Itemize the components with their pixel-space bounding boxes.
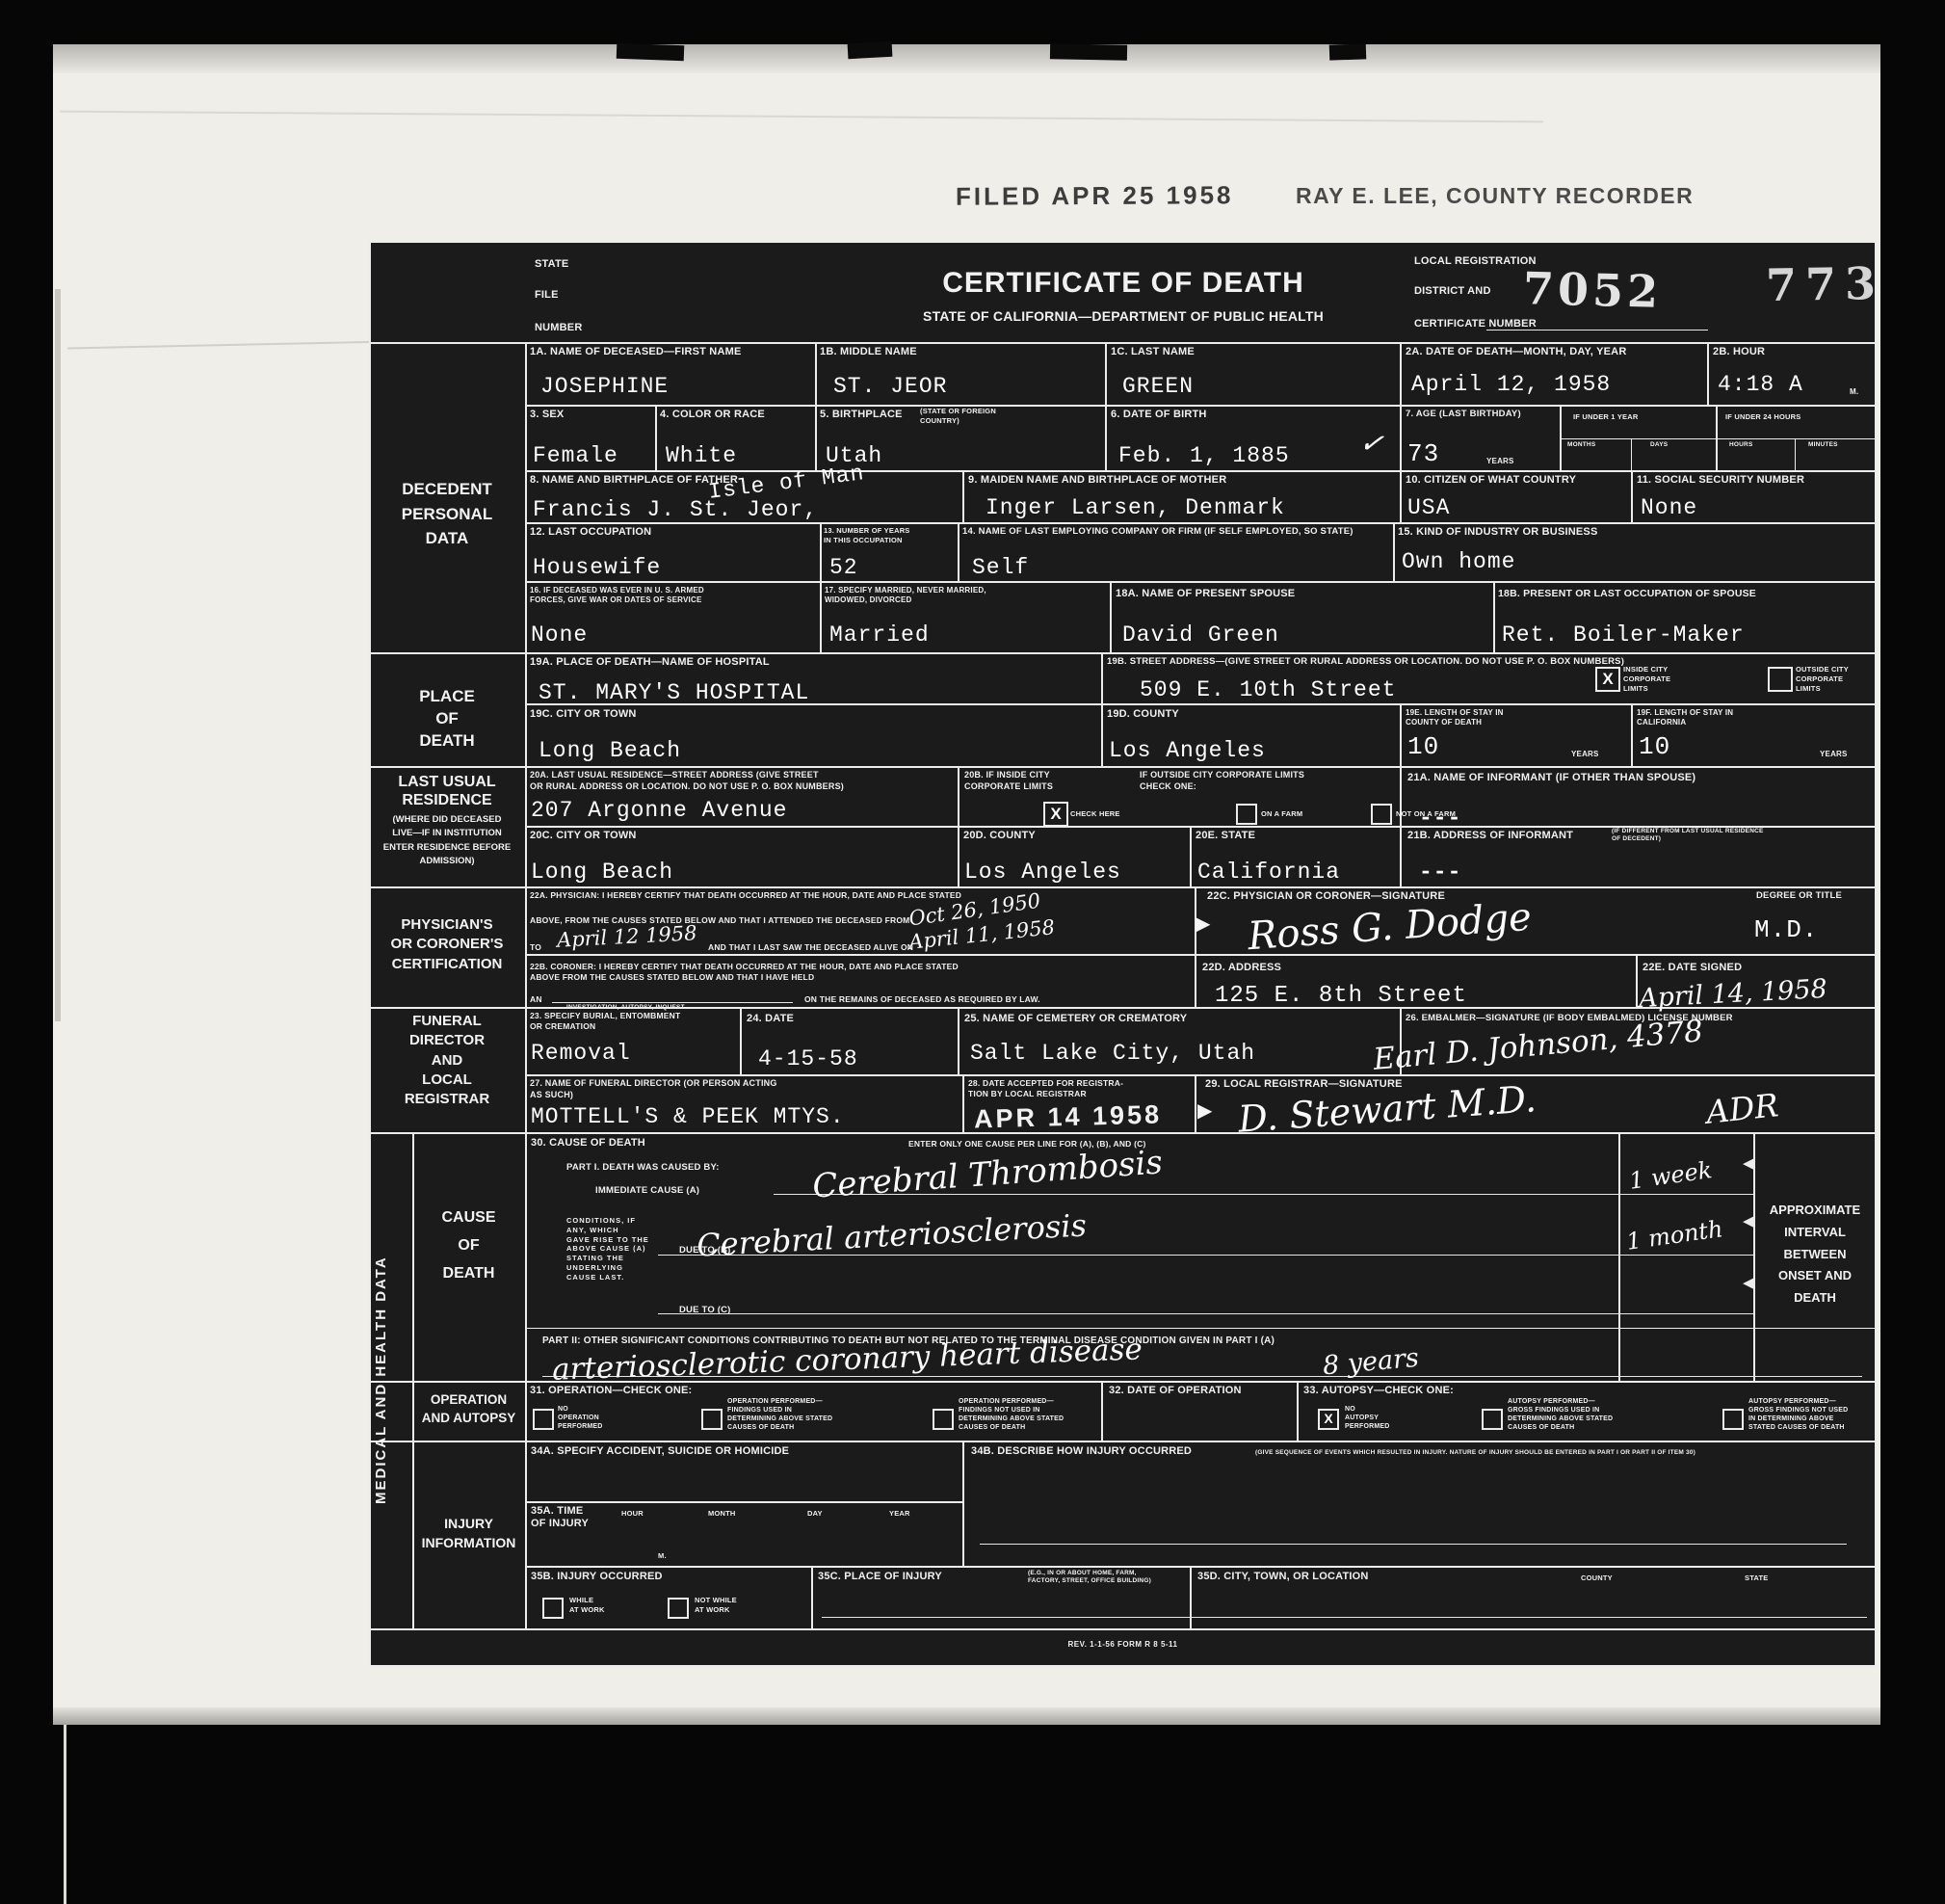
field-19e-years: YEARS	[1571, 750, 1599, 759]
degree-or-title-label: DEGREE OR TITLE	[1756, 890, 1842, 901]
conditions-note: CONDITIONS, IF ANY, WHICH GAVE RISE TO T…	[566, 1216, 649, 1282]
field-1a-value: JOSEPHINE	[540, 376, 669, 398]
divider	[1486, 330, 1708, 331]
field-32-label: 32. DATE OF OPERATION	[1109, 1385, 1242, 1397]
outside-city-limits-label: OUTSIDE CITY CORPORATE LIMITS	[1796, 665, 1849, 693]
outside-limits-check-one-label: IF OUTSIDE CITY CORPORATE LIMITS CHECK O…	[1140, 770, 1304, 792]
field-22e-label: 22E. DATE SIGNED	[1643, 962, 1742, 974]
field-5-label: 5. BIRTHPLACE	[820, 409, 903, 421]
field-1b-value: ST. JEOR	[833, 376, 947, 398]
divider	[958, 1007, 959, 1074]
field-20d-value: Los Angeles	[964, 861, 1121, 884]
field-35a-label: 35A. TIME OF INJURY	[531, 1505, 589, 1530]
interval-chevron-icon: ◀	[1743, 1274, 1754, 1292]
field-13-value: 52	[829, 557, 858, 579]
divider	[811, 1566, 813, 1628]
embalmer-signature: Earl D. Johnson, 4378	[1372, 1017, 1704, 1075]
paper-bottom-shade	[53, 1707, 1880, 1725]
field-27-value: MOTTELL'S & PEEK MTYS.	[531, 1106, 845, 1128]
state-file-label-2: FILE	[535, 289, 559, 302]
inside-city-limits-label: INSIDE CITY CORPORATE LIMITS	[1623, 665, 1670, 693]
paper-torn-edge	[53, 44, 1880, 73]
divider	[958, 826, 959, 886]
field-19c-value: Long Beach	[539, 740, 681, 762]
field-1c-label: 1C. LAST NAME	[1111, 346, 1195, 358]
part1-label: PART I. DEATH WAS CAUSED BY:	[566, 1162, 720, 1173]
degree-or-title-value: M.D.	[1754, 917, 1818, 942]
field-20e-label: 20E. STATE	[1196, 830, 1255, 842]
not-on-a-farm-checkbox	[1371, 804, 1392, 825]
field-6-label: 6. DATE OF BIRTH	[1111, 409, 1207, 421]
field-2b-value: 4:18 A	[1718, 374, 1803, 396]
divider	[1195, 886, 1196, 1007]
field-21b-label: 21B. ADDRESS OF INFORMANT	[1407, 830, 1573, 842]
divider	[369, 652, 1877, 654]
divider	[1190, 826, 1192, 886]
paper-tear	[1050, 43, 1127, 60]
paper-tear	[617, 43, 685, 61]
divider	[1631, 470, 1633, 522]
divider	[658, 1313, 1618, 1314]
field-35b-label: 35B. INJURY OCCURRED	[531, 1571, 663, 1583]
field-19f-value: 10	[1639, 734, 1670, 759]
approx-interval-label: APPROXIMATE INTERVAL BETWEEN ONSET AND D…	[1756, 1200, 1874, 1309]
divider	[1297, 1381, 1299, 1441]
field-30-label: 30. CAUSE OF DEATH	[531, 1137, 645, 1150]
divider	[1795, 438, 1796, 470]
divider	[962, 470, 964, 522]
state-file-label-1: STATE	[535, 258, 568, 271]
immediate-cause-label: IMMEDIATE CAUSE (A)	[595, 1185, 699, 1196]
divider	[369, 1628, 1877, 1630]
field-19b-label: 19B. STREET ADDRESS—(GIVE STREET OR RURA…	[1107, 656, 1624, 667]
divider	[1393, 522, 1395, 581]
field-34b-label: 34B. DESCRIBE HOW INJURY OCCURRED	[971, 1445, 1192, 1458]
field-19c-label: 19C. CITY OR TOWN	[530, 708, 637, 721]
divider	[655, 405, 657, 470]
field-18b-value: Ret. Boiler-Maker	[1502, 624, 1745, 647]
field-35d-state: STATE	[1745, 1573, 1768, 1583]
part2-interval: 8 years	[1322, 1345, 1420, 1380]
divider	[820, 581, 822, 652]
field-10-label: 10. CITIZEN OF WHAT COUNTRY	[1406, 474, 1576, 487]
check-here-label: CHECK HERE	[1070, 809, 1120, 819]
field-12-value: Housewife	[533, 557, 661, 579]
field-35d-label: 35D. CITY, TOWN, OR LOCATION	[1197, 1571, 1369, 1583]
field-35a-day: DAY	[807, 1509, 823, 1519]
divider	[525, 470, 1877, 472]
field-20d-label: 20D. COUNTY	[963, 830, 1036, 842]
field-22b-remains-label: ON THE REMAINS OF DECEASED AS REQUIRED B…	[804, 994, 1040, 1005]
field-21a-value: ---	[1419, 807, 1461, 830]
paper-fold-line	[64, 1725, 66, 1904]
no-autopsy-label: NO AUTOPSY PERFORMED	[1345, 1405, 1390, 1431]
divider	[1195, 1074, 1196, 1132]
field-22a-to-label: TO	[530, 942, 541, 953]
divider	[369, 342, 1877, 344]
field-19d-label: 19D. COUNTY	[1107, 708, 1179, 721]
section-cause-of-death: CAUSE OF DEATH	[412, 1204, 525, 1287]
field-11-label: 11. SOCIAL SECURITY NUMBER	[1637, 474, 1804, 487]
field-1a-label: 1A. NAME OF DECEASED—FIRST NAME	[530, 346, 742, 358]
field-22a-cert-line1: 22A. PHYSICIAN: I HEREBY CERTIFY THAT DE…	[530, 890, 1195, 901]
section-operation-autopsy: OPERATION AND AUTOPSY	[412, 1391, 525, 1428]
physician-signature: Ross G. Dodge	[1247, 898, 1533, 956]
section-injury-information: INJURY INFORMATION	[412, 1515, 525, 1552]
field-9-value: Inger Larsen, Denmark	[986, 497, 1285, 519]
section-funeral-director: FUNERAL DIRECTOR AND LOCAL REGISTRAR	[369, 1012, 525, 1109]
divider	[525, 342, 527, 1628]
divider	[1560, 405, 1562, 470]
field-20c-value: Long Beach	[531, 861, 673, 884]
form-revision-note: REV. 1-1-56 FORM R 8 5-11	[369, 1640, 1877, 1650]
divider	[1190, 1566, 1192, 1628]
divider	[958, 522, 959, 581]
while-at-work-label: WHILE AT WORK	[569, 1596, 605, 1615]
certificate-number-stamp: 773	[1766, 257, 1885, 311]
field-7-years-label: YEARS	[1486, 457, 1514, 466]
cause-b-interval: 1 month	[1625, 1217, 1724, 1254]
divider	[525, 522, 1877, 524]
divider	[1707, 342, 1709, 405]
section-physician-certification: PHYSICIAN'S OR CORONER'S CERTIFICATION	[369, 915, 525, 974]
divider	[1618, 1194, 1753, 1195]
field-3-value: Female	[533, 445, 618, 467]
divider	[820, 522, 822, 581]
operation-findings-used-checkbox	[701, 1409, 723, 1430]
interval-chevron-icon: ◀	[1743, 1154, 1754, 1173]
field-35a-hour: HOUR	[621, 1509, 644, 1519]
divider	[962, 1074, 964, 1132]
divider	[1400, 342, 1402, 405]
while-at-work-checkbox	[542, 1598, 564, 1619]
divider	[1105, 342, 1107, 405]
field-15-label: 15. KIND OF INDUSTRY OR BUSINESS	[1398, 526, 1598, 539]
field-2a-value: April 12, 1958	[1411, 374, 1611, 396]
field-20a-value: 207 Argonne Avenue	[531, 800, 787, 822]
divider	[369, 241, 1877, 243]
field-16-value: None	[531, 624, 588, 647]
divider	[822, 1617, 1867, 1618]
field-22b-an-label: AN	[530, 994, 542, 1005]
field-22b-cert-text: 22B. CORONER: I HEREBY CERTIFY THAT DEAT…	[530, 962, 1108, 983]
divider	[1101, 703, 1103, 766]
divider	[1631, 438, 1632, 470]
field-35d-county: COUNTY	[1581, 1573, 1613, 1583]
field-11-value: None	[1641, 497, 1697, 519]
field-21b-sublabel: (IF DIFFERENT FROM LAST USUAL RESIDENCE …	[1612, 828, 1764, 844]
field-24-label: 24. DATE	[747, 1013, 794, 1025]
field-35c-note: (E.G., IN OR ABOUT HOME, FARM, FACTORY, …	[1028, 1570, 1151, 1586]
divider	[1400, 470, 1402, 522]
field-16-label: 16. IF DECEASED WAS EVER IN U. S. ARMED …	[530, 586, 704, 605]
field-19e-value: 10	[1407, 734, 1439, 759]
filed-stamp: FILED APR 25 1958	[956, 180, 1234, 212]
field-18a-value: David Green	[1122, 624, 1279, 647]
paper-edge-streak	[55, 289, 61, 1021]
field-21a-label: 21A. NAME OF INFORMANT (IF OTHER THAN SP…	[1407, 772, 1695, 784]
divider	[369, 1441, 1877, 1442]
divider	[552, 1002, 793, 1003]
divider	[525, 1328, 1877, 1329]
field-18b-label: 18B. PRESENT OR LAST OCCUPATION OF SPOUS…	[1498, 588, 1756, 600]
field-6-value: Feb. 1, 1885	[1118, 445, 1290, 467]
cause-a-interval: 1 week	[1628, 1158, 1714, 1193]
field-19a-value: ST. MARY'S HOSPITAL	[539, 682, 809, 704]
field-19f-label: 19F. LENGTH OF STAY IN CALIFORNIA	[1637, 708, 1733, 727]
field-15-value: Own home	[1402, 551, 1515, 573]
field-20b-label: 20B. IF INSIDE CITY CORPORATE LIMITS	[964, 770, 1053, 792]
divider	[1101, 652, 1103, 703]
not-while-at-work-checkbox	[668, 1598, 689, 1619]
field-19a-label: 19A. PLACE OF DEATH—NAME OF HOSPITAL	[530, 656, 770, 669]
on-a-farm-label: ON A FARM	[1261, 809, 1302, 819]
field-35c-label: 35C. PLACE OF INJURY	[818, 1571, 942, 1583]
form-subtitle: STATE OF CALIFORNIA—DEPARTMENT OF PUBLIC…	[822, 308, 1425, 325]
field-19e-label: 19E. LENGTH OF STAY IN COUNTY OF DEATH	[1406, 708, 1504, 727]
field-21b-value: ---	[1419, 861, 1461, 884]
field-2b-meridiem: M.	[1850, 387, 1858, 397]
no-operation-label: NO OPERATION PERFORMED	[558, 1405, 603, 1431]
no-operation-checkbox	[533, 1409, 554, 1430]
signature-arrow-icon: ▶	[1196, 912, 1210, 936]
field-35a-month: MONTH	[708, 1509, 736, 1519]
field-22c-label: 22C. PHYSICIAN OR CORONER—SIGNATURE	[1207, 890, 1445, 903]
section-place-of-death: PLACE OF DEATH	[369, 686, 525, 753]
divider	[962, 1441, 964, 1566]
field-34b-note: (GIVE SEQUENCE OF EVENTS WHICH RESULTED …	[1255, 1449, 1862, 1457]
field-7-minutes-label: MINUTES	[1808, 441, 1838, 449]
field-1b-label: 1B. MIDDLE NAME	[820, 346, 917, 358]
divider	[369, 1665, 1877, 1667]
divider	[1101, 1381, 1103, 1441]
divider	[1105, 405, 1107, 470]
district-number-stamp: 7052	[1522, 262, 1662, 318]
form-title: CERTIFICATE OF DEATH	[851, 266, 1396, 301]
divider	[1400, 826, 1402, 886]
field-35a-year: YEAR	[889, 1509, 910, 1519]
field-17-label: 17. SPECIFY MARRIED, NEVER MARRIED, WIDO…	[825, 586, 986, 605]
field-22d-label: 22D. ADDRESS	[1202, 962, 1281, 974]
field-31-label: 31. OPERATION—CHECK ONE:	[530, 1385, 692, 1397]
field-12-label: 12. LAST OCCUPATION	[530, 526, 651, 539]
field-8-value: Francis J. St. Jeor,	[533, 499, 818, 521]
field-19f-years: YEARS	[1820, 750, 1848, 759]
field-20c-label: 20C. CITY OR TOWN	[530, 830, 637, 842]
divider	[1636, 954, 1638, 1007]
field-18a-label: 18A. NAME OF PRESENT SPOUSE	[1116, 588, 1295, 600]
state-file-label-3: NUMBER	[535, 322, 582, 334]
field-17-value: Married	[829, 624, 930, 647]
divider	[525, 954, 1877, 956]
no-autopsy-checkbox: X	[1318, 1409, 1339, 1430]
section-last-usual-residence: LAST USUAL RESIDENCE	[369, 773, 525, 809]
field-4-value: White	[666, 445, 737, 467]
field-14-label: 14. NAME OF LAST EMPLOYING COMPANY OR FI…	[962, 526, 1386, 537]
divider	[369, 766, 1877, 768]
field-19d-value: Los Angeles	[1109, 740, 1266, 762]
outside-city-limits-checkbox	[1768, 667, 1793, 692]
field-6-checkmark: ✓	[1357, 428, 1385, 460]
field-13-label: 13. NUMBER OF YEARS IN THIS OCCUPATION	[824, 526, 910, 545]
field-28-date-stamp: APR 14 1958	[974, 1098, 1163, 1134]
divider	[1400, 703, 1402, 766]
signature-arrow-icon: ▶	[1197, 1098, 1212, 1123]
divider	[815, 342, 817, 405]
field-23-value: Removal	[531, 1043, 631, 1065]
divider	[1400, 405, 1402, 470]
field-7-months-label: MONTHS	[1567, 441, 1595, 449]
divider	[525, 581, 1877, 583]
divider	[525, 1074, 1877, 1076]
field-7-days-label: DAYS	[1650, 441, 1668, 449]
local-registration-label-2: DISTRICT AND	[1414, 285, 1491, 298]
divider	[740, 1007, 742, 1074]
paper-tear	[848, 41, 893, 59]
field-22d-value: 125 E. 8th Street	[1215, 985, 1467, 1008]
field-25-value: Salt Lake City, Utah	[970, 1043, 1255, 1065]
interval-chevron-icon: ◀	[1743, 1212, 1754, 1230]
field-3-label: 3. SEX	[530, 409, 564, 421]
autopsy-findings-used-checkbox	[1482, 1409, 1503, 1430]
field-4-label: 4. COLOR OR RACE	[660, 409, 765, 421]
autopsy-findings-not-used-checkbox	[1722, 1409, 1744, 1430]
divider	[1631, 703, 1633, 766]
field-35a-m: M.	[658, 1551, 667, 1561]
inside-city-limits-checkbox: X	[1595, 667, 1620, 692]
divider	[369, 886, 1877, 888]
field-9-label: 9. MAIDEN NAME AND BIRTHPLACE OF MOTHER	[968, 474, 1226, 487]
field-23-label: 23. SPECIFY BURIAL, ENTOMBMENT OR CREMAT…	[530, 1011, 680, 1032]
field-25-label: 25. NAME OF CEMETERY OR CREMATORY	[964, 1013, 1187, 1025]
divider	[1110, 581, 1112, 652]
divider	[1716, 405, 1718, 470]
county-recorder-stamp: RAY E. LEE, COUNTY RECORDER	[1296, 183, 1694, 209]
field-1c-value: GREEN	[1122, 376, 1194, 398]
operation-findings-not-used-label: OPERATION PERFORMED— FINDINGS NOT USED I…	[959, 1397, 1064, 1432]
field-20e-value: California	[1197, 861, 1340, 884]
field-7-value: 73	[1407, 441, 1439, 466]
not-while-at-work-label: NOT WHILE AT WORK	[695, 1596, 737, 1615]
autopsy-findings-used-label: AUTOPSY PERFORMED— GROSS FINDINGS USED I…	[1508, 1397, 1613, 1432]
field-22a-alive-on-label: AND THAT I LAST SAW THE DECEASED ALIVE O…	[708, 942, 913, 953]
field-7-hours-label: HOURS	[1729, 441, 1752, 449]
field-22a-attended-to: April 12 1958	[557, 923, 698, 951]
field-27-label: 27. NAME OF FUNERAL DIRECTOR (OR PERSON …	[530, 1078, 777, 1100]
field-34a-label: 34A. SPECIFY ACCIDENT, SUICIDE OR HOMICI…	[531, 1445, 789, 1458]
cause-b-value: Cerebral arteriosclerosis	[696, 1209, 1087, 1260]
section-decedent-personal-data: DECEDENT PERSONAL DATA	[369, 477, 525, 551]
autopsy-findings-not-used-label: AUTOPSY PERFORMED— GROSS FINDINGS NOT US…	[1748, 1397, 1848, 1432]
field-5-sublabel: (STATE OR FOREIGN COUNTRY)	[920, 407, 996, 426]
divider	[369, 1132, 1877, 1134]
field-20a-label: 20A. LAST USUAL RESIDENCE—STREET ADDRESS…	[530, 770, 844, 792]
field-24-value: 4-15-58	[758, 1048, 858, 1071]
divider	[980, 1544, 1847, 1545]
check-here-checkbox: X	[1043, 802, 1068, 827]
operation-findings-used-label: OPERATION PERFORMED— FINDINGS USED IN DE…	[727, 1397, 832, 1432]
paper-tear	[1329, 43, 1367, 60]
divider	[525, 1566, 1877, 1568]
field-28-label: 28. DATE ACCEPTED FOR REGISTRA- TION BY …	[968, 1078, 1123, 1099]
registrar-annotation: ADR	[1704, 1089, 1779, 1128]
divider	[525, 405, 1877, 407]
divider	[1493, 581, 1495, 652]
field-33-label: 33. AUTOPSY—CHECK ONE:	[1303, 1385, 1454, 1397]
field-2a-label: 2A. DATE OF DEATH—MONTH, DAY, YEAR	[1406, 346, 1626, 358]
on-a-farm-checkbox	[1236, 804, 1257, 825]
divider	[1560, 438, 1877, 439]
divider	[525, 1501, 962, 1503]
section-medical-health-data: MEDICAL AND HEALTH DATA	[373, 1142, 409, 1619]
field-14-value: Self	[972, 557, 1029, 579]
divider	[1618, 1313, 1753, 1314]
field-2b-label: 2B. HOUR	[1713, 346, 1765, 358]
certificate-form: STATE FILE NUMBER CERTIFICATE OF DEATH S…	[369, 241, 1877, 1667]
field-7-under24h-label: IF UNDER 24 HOURS	[1725, 412, 1800, 422]
operation-findings-not-used-checkbox	[933, 1409, 954, 1430]
field-19b-value: 509 E. 10th Street	[1140, 679, 1396, 701]
field-10-value: USA	[1407, 497, 1450, 519]
divider	[958, 766, 959, 826]
section-residence-note: (WHERE DID DECEASED LIVE—IF IN INSTITUTI…	[369, 813, 525, 868]
divider	[1618, 1255, 1753, 1256]
field-7-label: 7. AGE (LAST BIRTHDAY)	[1406, 409, 1521, 419]
local-registration-label-1: LOCAL REGISTRATION	[1414, 255, 1537, 268]
divider	[815, 405, 817, 470]
field-7-under1yr-label: IF UNDER 1 YEAR	[1573, 412, 1638, 422]
